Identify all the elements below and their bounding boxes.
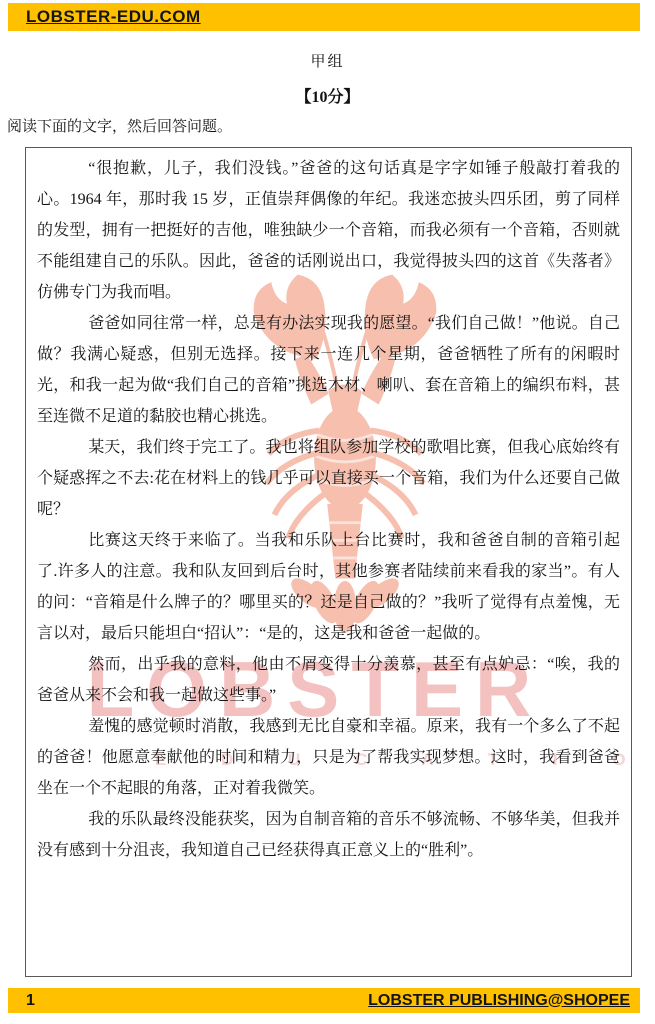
passage-paragraph: 某天，我们终于完工了。我也将组队参加学校的歌唱比赛，但我心底始终有个疑惑挥之不去…: [37, 432, 620, 525]
header-bar: LOBSTER-EDU.COM: [8, 3, 640, 31]
passage-paragraph: 爸爸如同往常一样，总是有办法实现我的愿望。“我们自己做！”他说。自己做？我满心疑…: [37, 308, 620, 432]
passage-paragraph: 羞愧的感觉顿时消散，我感到无比自豪和幸福。原来，我有一个多么了不起的爸爸！他愿意…: [37, 711, 620, 804]
passage-paragraph: “很抱歉，儿子，我们没钱。”爸爸的这句话真是字字如锤子般敲打着我的心。1964 …: [37, 153, 620, 308]
group-title: 甲组: [0, 50, 655, 71]
points-label: 【10分】: [0, 84, 655, 107]
footer-bar: 1 LOBSTER PUBLISHING@SHOPEE: [8, 988, 640, 1013]
page-number: 1: [26, 992, 35, 1010]
publisher-text: LOBSTER PUBLISHING@SHOPEE: [368, 992, 630, 1010]
passage-paragraph: 比赛这天终于来临了。当我和乐队上台比赛时，我和爸爸自制的音箱引起了.许多人的注意…: [37, 525, 620, 649]
instruction-text: 阅读下面的文字，然后回答问题。: [7, 115, 232, 136]
reading-passage-box: “很抱歉，儿子，我们没钱。”爸爸的这句话真是字字如锤子般敲打着我的心。1964 …: [25, 147, 632, 977]
passage-paragraph: 我的乐队最终没能获奖，因为自制音箱的音乐不够流畅、不够华美，但我并没有感到十分沮…: [37, 804, 620, 866]
passage-paragraph: 然而，出乎我的意料，他由不屑变得十分羡慕，甚至有点妒忌：“唉，我的爸爸从来不会和…: [37, 649, 620, 711]
site-title: LOBSTER-EDU.COM: [26, 7, 201, 27]
worksheet-page: LOBSTER-EDU.COM 甲组 【10分】 阅读下面的文字，然后回答问题。: [0, 0, 655, 1024]
